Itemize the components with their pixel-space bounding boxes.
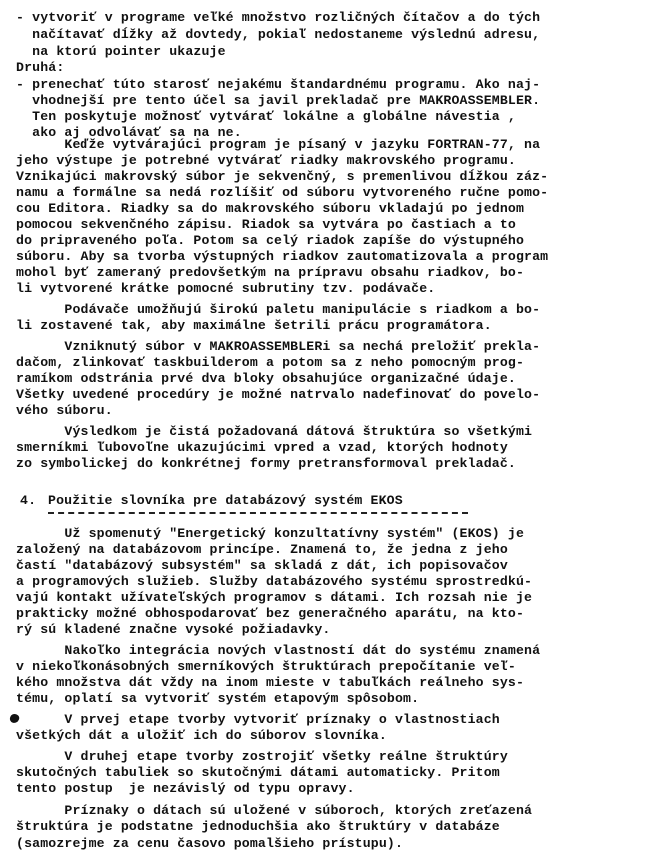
text-line: Podávače umožňujú širokú paletu manipulá…: [16, 302, 540, 318]
text-line: častí "databázový subsystém" sa skladá z…: [16, 558, 508, 574]
text-line: kého množstva dát vždy na inom mieste v …: [16, 675, 524, 691]
text-line: cou Editora. Riadky sa do makrovského sú…: [16, 201, 524, 217]
text-line: - vytvoriť v programe veľké množstvo roz…: [16, 10, 540, 26]
text-line: vhodnejší pre tento účel sa javil prekla…: [16, 93, 540, 109]
text-line: jeho výstupe je potrebné vytvárať riadky…: [16, 153, 516, 169]
text-line: Keďže vytvárajúci program je písaný v ja…: [16, 137, 540, 153]
text-line: vého súboru.: [16, 403, 113, 419]
text-line: li zostavené tak, aby maximálne šetrili …: [16, 318, 492, 334]
text-line: (samozrejme za cenu časovo pomalšieho pr…: [16, 836, 403, 852]
text-line: do pripraveného poľa. Potom sa celý riad…: [16, 233, 524, 249]
text-line: Výsledkom je čistá požadovaná dátová štr…: [16, 424, 532, 440]
text-line: li vytvorené krátke pomocné subrutiny tz…: [16, 281, 435, 297]
text-line: dačom, zlinkovať taskbuilderom a potom s…: [16, 355, 524, 371]
text-line: Nakoľko integrácia nových vlastností dát…: [16, 643, 540, 659]
text-line: súboru. Aby sa tvorba výstupných riadkov…: [16, 249, 548, 265]
text-line: na ktorú pointer ukazuje: [16, 44, 226, 60]
text-line: všetkých dát a uložiť ich do súborov slo…: [16, 728, 387, 744]
text-line: tento postup je nezávislý od typu opravy…: [16, 781, 355, 797]
text-line: V druhej etape tvorby zostrojiť všetky r…: [16, 749, 508, 765]
text-line: založený na databázovom princípe. Znamen…: [16, 542, 508, 558]
text-line: V prvej etape tvorby vytvoriť príznaky o…: [16, 712, 500, 728]
text-line: namu a formálne sa nedá rozlíšiť od súbo…: [16, 185, 548, 201]
section-number: 4.: [20, 493, 36, 509]
text-line: a programových služieb. Služby databázov…: [16, 574, 532, 590]
text-line: Ten poskytuje možnosť vytvárať lokálne a…: [16, 109, 516, 125]
text-line: skutočných tabuliek so skutočnými dátami…: [16, 765, 500, 781]
section-heading: Použitie slovníka pre databázový systém …: [48, 493, 403, 509]
text-line: rý sú kladené značne vysoké požiadavky.: [16, 622, 331, 638]
text-line: štruktúra je podstatne jednoduchšia ako …: [16, 819, 500, 835]
text-line: Vzniknutý súbor v MAKROASSEMBLERi sa nec…: [16, 339, 540, 355]
text-line: načítavať dĺžky až dovtedy, pokiaľ nedos…: [16, 27, 540, 43]
text-line: zo symbolickej do konkrétnej formy pretr…: [16, 456, 516, 472]
text-line: vajú kontakt užívateľských programov s d…: [16, 590, 532, 606]
text-line: Príznaky o dátach sú uložené v súboroch,…: [16, 803, 532, 819]
text-line: pomocou sekvenčného zápisu. Riadok sa vy…: [16, 217, 516, 233]
text-line: mohol byť zameraný predovšetkým na prípr…: [16, 265, 524, 281]
text-line: ramíkom odstránia prvé dva bloky obsahuj…: [16, 371, 516, 387]
section-label-second: Druhá:: [16, 60, 64, 76]
text-line: prakticky možné obhospodarovať bez gener…: [16, 606, 524, 622]
text-line: Už spomenutý "Energetický konzultatívny …: [16, 526, 524, 542]
text-line: tému, oplatí sa vytvoriť systém etapovým…: [16, 691, 419, 707]
text-line: smerníkmi ľubovoľne ukazujúcimi vpred a …: [16, 440, 508, 456]
heading-underline: [48, 512, 468, 514]
text-line: - prenechať túto starosť nejakému štanda…: [16, 77, 540, 93]
text-line: Vznikajúci makrovský súbor je sekvenčný,…: [16, 169, 548, 185]
text-line: v niekoľkonásobných smerníkových štruktú…: [16, 659, 516, 675]
text-line: Všetky uvedené procedúry je možné natrva…: [16, 387, 540, 403]
typewritten-page: - vytvoriť v programe veľké množstvo roz…: [0, 0, 646, 855]
